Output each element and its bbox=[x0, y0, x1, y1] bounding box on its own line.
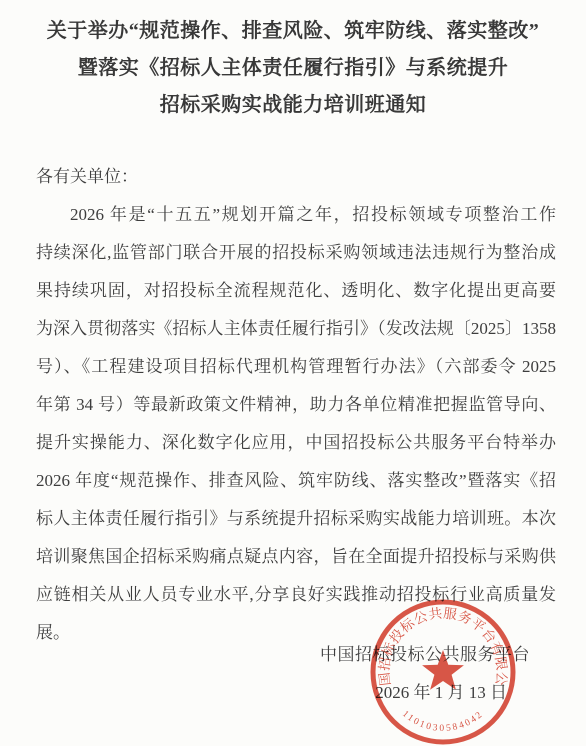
body-line: 为深入贯彻落实《招标人主体责任履行指引》（发改法规〔2025〕1358 bbox=[36, 310, 556, 348]
body-line: 提升实操能力、深化数字化应用，中国招投标公共服务平台特举办 bbox=[36, 424, 556, 462]
body-line: 培训聚焦国企招标采购痛点疑点内容，旨在全面提升招投标与采购供 bbox=[36, 538, 556, 576]
body-line: 号）、《工程建设项目招标代理机构管理暂行办法》（六部委令 2025 bbox=[36, 348, 556, 386]
document-page: 关于举办“规范操作、排查风险、筑牢防线、落实整改” 暨落实《招标人主体责任履行指… bbox=[0, 0, 586, 746]
body-line: 标人主体责任履行指引》与系统提升招标采购实战能力培训班。本次 bbox=[36, 500, 556, 538]
seal-star-icon bbox=[422, 650, 464, 690]
salutation: 各有关单位： bbox=[36, 158, 556, 196]
body-line: 持续深化,监管部门联合开展的招投标采购领域违法违规行为整治成 bbox=[36, 234, 556, 272]
title-line-3: 招标采购实战能力培训班通知 bbox=[0, 87, 586, 124]
document-body: 2026 年是“十五五”规划开篇之年，招投标领域专项整治工作 持续深化,监管部门… bbox=[36, 196, 556, 652]
svg-text:1101030584042: 1101030584042 bbox=[400, 709, 486, 734]
body-line: 年第 34 号）等最新政策文件精神，助力各单位精准把握监管导向、 bbox=[36, 386, 556, 424]
title-line-2: 暨落实《招标人主体责任履行指引》与系统提升 bbox=[0, 50, 586, 87]
seal-number-text: 1101030584042 bbox=[400, 709, 486, 734]
title-line-1: 关于举办“规范操作、排查风险、筑牢防线、落实整改” bbox=[0, 13, 586, 50]
body-line: 果持续巩固，对招投标全流程规范化、透明化、数字化提出更高要求。 bbox=[36, 272, 556, 310]
body-line: 2026 年度“规范操作、排查风险、筑牢防线、落实整改”暨落实《招 bbox=[36, 462, 556, 500]
document-title: 关于举办“规范操作、排查风险、筑牢防线、落实整改” 暨落实《招标人主体责任履行指… bbox=[0, 0, 586, 124]
official-seal: 中国招标投标公共服务平台有限公司 1101030584042 bbox=[367, 598, 519, 746]
body-line: 2026 年是“十五五”规划开篇之年，招投标领域专项整治工作 bbox=[36, 196, 556, 234]
